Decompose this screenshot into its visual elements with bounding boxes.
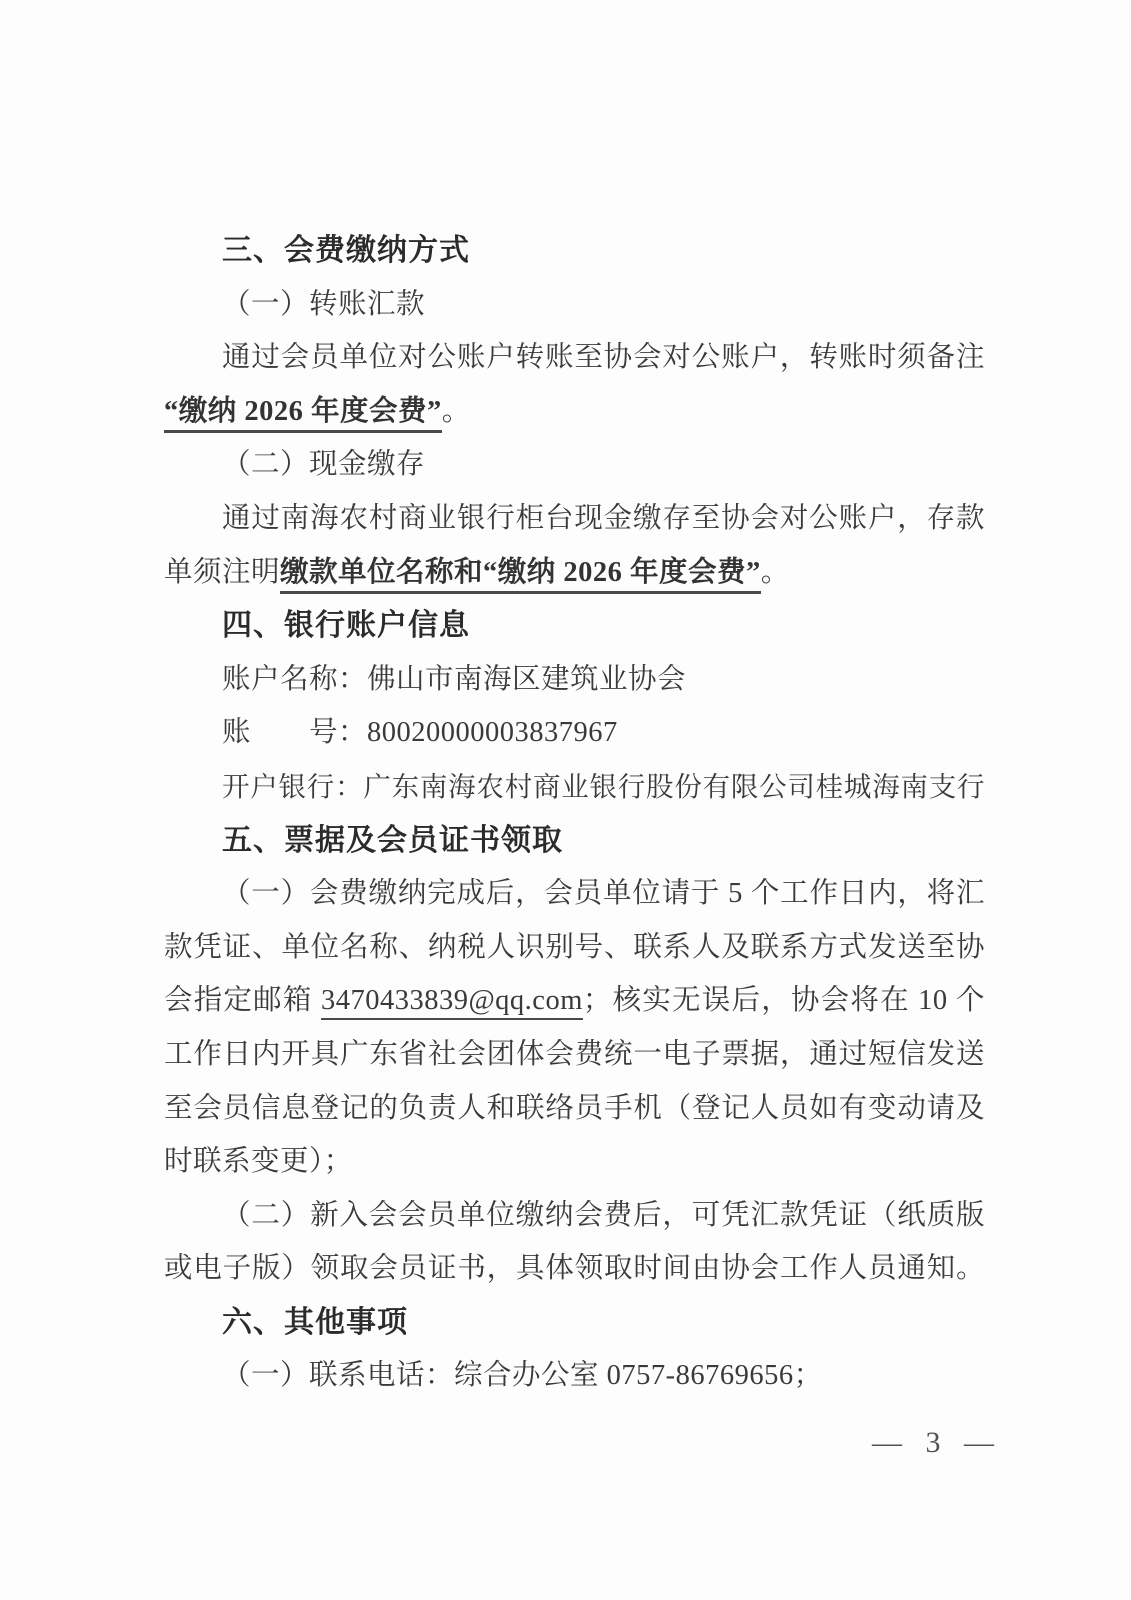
section-5-item1-line2: 款凭证、单位名称、纳税人识别号、联系人及联系方式发送至协 — [164, 921, 985, 975]
section-3-item2-body-line1: 通过南海农村商业银行柜台现金缴存至协会对公账户，存款 — [164, 492, 985, 546]
period: 。 — [442, 396, 471, 427]
scanned-document-page: 三、会费缴纳方式 （一）转账汇款 通过会员单位对公账户转账至协会对公账户，转账时… — [0, 0, 1131, 1600]
section-5-item1-line6: 时联系变更）； — [164, 1135, 985, 1189]
remark-emphasis-underlined: “缴纳 2026 年度会费” — [164, 396, 442, 433]
section-4-heading: 四、银行账户信息 — [164, 599, 985, 653]
section-3-item1-body-line1: 通过会员单位对公账户转账至协会对公账户，转账时须备注 — [164, 331, 985, 385]
section-5-item1-line4: 工作日内开具广东省社会团体会费统一电子票据，通过短信发送 — [164, 1028, 985, 1082]
section-3-heading: 三、会费缴纳方式 — [164, 224, 985, 278]
period: 。 — [761, 557, 790, 588]
section-6-heading: 六、其他事项 — [164, 1296, 985, 1350]
section-5-heading: 五、票据及会员证书领取 — [164, 814, 985, 868]
document-body: 三、会费缴纳方式 （一）转账汇款 通过会员单位对公账户转账至协会对公账户，转账时… — [164, 224, 985, 1403]
bank-branch-label: 开户银行： — [222, 771, 363, 802]
plain-prefix: 单须注明 — [164, 557, 280, 588]
section-5-item1-line1: （一）会费缴纳完成后，会员单位请于 5 个工作日内，将汇 — [164, 867, 985, 921]
bank-branch-value: 广东南海农村商业银行股份有限公司桂城海南支行 — [363, 771, 985, 802]
section-6-item1: （一）联系电话：综合办公室 0757-86769656； — [164, 1349, 985, 1403]
account-number-value: 80020000003837967 — [367, 717, 618, 748]
section-3-item2-title: （二）现金缴存 — [164, 438, 985, 492]
account-name-row: 账户名称：佛山市南海区建筑业协会 — [164, 653, 985, 707]
section-5-item2-line1: （二）新入会会员单位缴纳会费后，可凭汇款凭证（纸质版 — [164, 1189, 985, 1243]
section-3-item1-title: （一）转账汇款 — [164, 278, 985, 332]
section-3-item1-body-line2: “缴纳 2026 年度会费”。 — [164, 385, 985, 439]
section-5-item1-line3: 会指定邮箱 3470433839@qq.com；核实无误后，协会将在 10 个 — [164, 974, 985, 1028]
account-name-label: 账户名称： — [222, 664, 367, 695]
deposit-note-emphasis-underlined: 缴款单位名称和“缴纳 2026 年度会费” — [280, 557, 761, 594]
section-3-item2-body-line2: 单须注明缴款单位名称和“缴纳 2026 年度会费”。 — [164, 546, 985, 600]
account-name-value: 佛山市南海区建筑业协会 — [367, 664, 686, 695]
email-prefix: 会指定邮箱 — [164, 985, 321, 1016]
account-number-label: 账 号： — [222, 717, 367, 748]
section-5-item1-line5: 至会员信息登记的负责人和联络员手机（登记人员如有变动请及 — [164, 1082, 985, 1136]
section-5-item2-line2: 或电子版）领取会员证书，具体领取时间由协会工作人员通知。 — [164, 1242, 985, 1296]
account-number-row: 账 号：80020000003837967 — [164, 706, 985, 760]
bank-branch-row: 开户银行：广东南海农村商业银行股份有限公司桂城海南支行 — [164, 760, 985, 814]
email-address-underlined: 3470433839@qq.com — [321, 985, 583, 1020]
email-suffix: ；核实无误后，协会将在 10 个 — [583, 985, 985, 1016]
page-number: — 3 — — [872, 1426, 997, 1460]
